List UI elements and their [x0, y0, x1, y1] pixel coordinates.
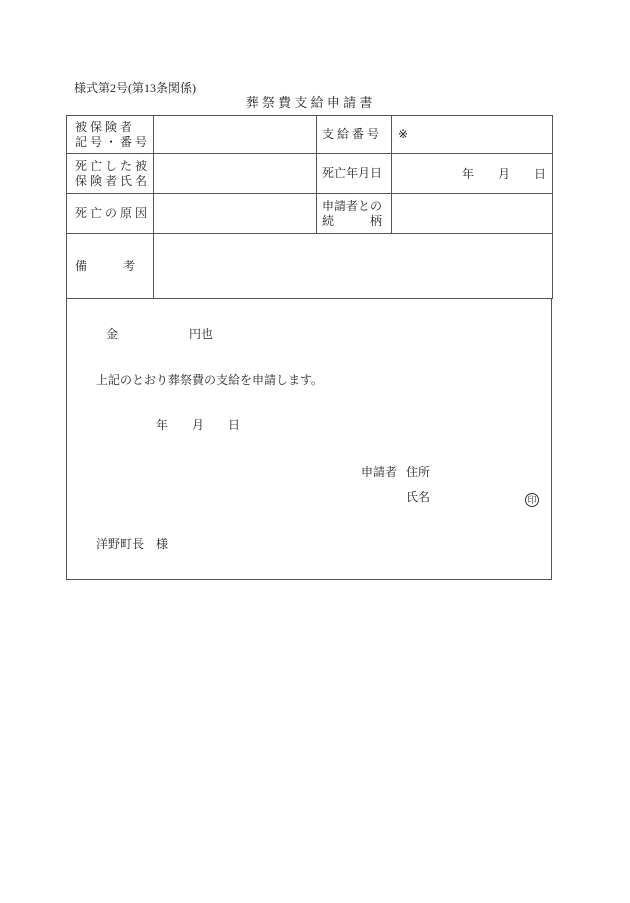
- insured-symbol-number-label-line2: 記 号 ・ 番 号: [75, 135, 145, 150]
- form-title: 葬 祭 費 支 給 申 請 書: [66, 95, 552, 111]
- remarks-label: 備 考: [67, 234, 154, 299]
- deceased-insured-name-field[interactable]: [154, 154, 317, 194]
- applicant-label: 申請者: [361, 465, 397, 479]
- death-date-label: 死亡年月日: [317, 154, 392, 194]
- table-row: 死 亡 の 原 因 申請者との 続 柄: [67, 194, 553, 234]
- insured-symbol-number-field[interactable]: [154, 116, 317, 154]
- deceased-insured-name-label-line1: 死 亡 し た 被: [75, 159, 145, 174]
- form-number: 様式第2号(第13条関係): [74, 81, 196, 95]
- relationship-field[interactable]: [392, 194, 553, 234]
- application-date-field[interactable]: 年 月 日: [156, 418, 240, 432]
- table-row: 死 亡 し た 被 保 険 者 氏 名 死亡年月日 年 月 日: [67, 154, 553, 194]
- relationship-label-line1: 申請者との: [322, 199, 386, 214]
- payment-number-field[interactable]: ※: [392, 116, 553, 154]
- deceased-insured-name-label: 死 亡 し た 被 保 険 者 氏 名: [67, 154, 154, 194]
- death-date-field[interactable]: 年 月 日: [392, 154, 553, 194]
- addressee-line: 洋野町長 様: [96, 537, 168, 551]
- relationship-label: 申請者との 続 柄: [317, 194, 392, 234]
- amount-suffix-label: 円也: [189, 327, 213, 341]
- application-statement-box: 金 円也 上記のとおり葬祭費の支給を申請します。 年 月 日 申請者 住所 氏名…: [66, 299, 552, 580]
- insured-symbol-number-label-line1: 被 保 険 者: [75, 120, 145, 135]
- table-row: 備 考: [67, 234, 553, 299]
- seal-icon: 印: [525, 493, 539, 507]
- payment-number-label: 支 給 番 号: [317, 116, 392, 154]
- applicant-name-label: 氏名: [406, 490, 430, 504]
- remarks-field[interactable]: [154, 234, 553, 299]
- applicant-address-label: 住所: [406, 465, 430, 479]
- relationship-label-line2: 続 柄: [322, 214, 386, 229]
- insured-symbol-number-label: 被 保 険 者 記 号 ・ 番 号: [67, 116, 154, 154]
- document-page: 様式第2号(第13条関係) 葬 祭 費 支 給 申 請 書 被 保 険 者 記 …: [0, 0, 630, 903]
- application-statement: 上記のとおり葬祭費の支給を申請します。: [96, 373, 323, 387]
- death-cause-label: 死 亡 の 原 因: [67, 194, 154, 234]
- amount-prefix-label: 金: [106, 327, 118, 341]
- application-table: 被 保 険 者 記 号 ・ 番 号 支 給 番 号 ※ 死 亡 し た 被 保 …: [66, 115, 553, 299]
- table-row: 被 保 険 者 記 号 ・ 番 号 支 給 番 号 ※: [67, 116, 553, 154]
- deceased-insured-name-label-line2: 保 険 者 氏 名: [75, 174, 145, 189]
- death-cause-field[interactable]: [154, 194, 317, 234]
